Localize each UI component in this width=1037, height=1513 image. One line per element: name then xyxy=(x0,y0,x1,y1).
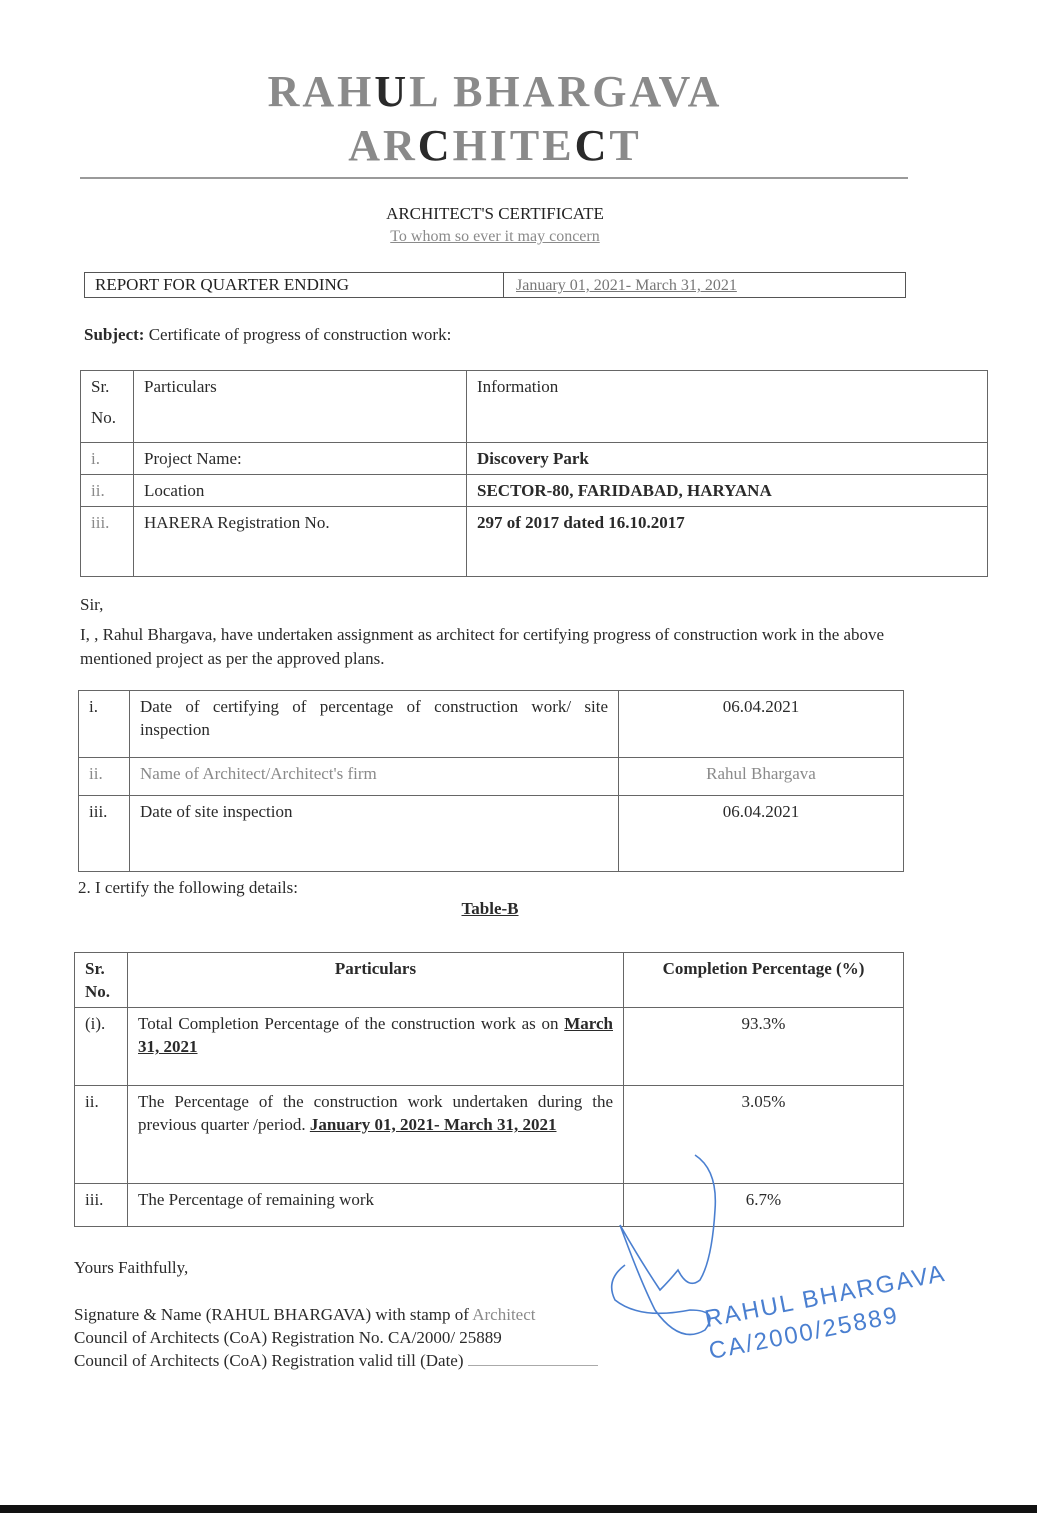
table-row: ii. The Percentage of the construction w… xyxy=(75,1086,904,1184)
table-b-title: Table-B xyxy=(0,899,980,919)
salutation: Sir, xyxy=(80,593,908,617)
subject-line: Subject: Certificate of progress of cons… xyxy=(84,325,451,345)
certify-line: 2. I certify the following details: xyxy=(78,876,906,900)
header-information: Information xyxy=(467,371,988,443)
completion-table: Sr.No. Particulars Completion Percentage… xyxy=(74,952,904,1227)
header-sr: Sr.No. xyxy=(75,953,128,1008)
quarter-value: January 01, 2021- March 31, 2021 xyxy=(504,273,737,297)
intro-paragraph: I, , Rahul Bhargava, have undertaken ass… xyxy=(80,623,908,671)
table-row: iii. HARERA Registration No. 297 of 2017… xyxy=(81,507,988,577)
page-bottom-edge xyxy=(0,1505,1037,1513)
certificate-subtitle: To whom so ever it may concern xyxy=(0,228,990,246)
letterhead-name: RAHUL BHARGAVA xyxy=(0,70,990,114)
header-particulars: Particulars xyxy=(128,953,624,1008)
header-sr: Sr.No. xyxy=(81,371,134,443)
table-row: i. Project Name: Discovery Park xyxy=(81,443,988,475)
header-completion: Completion Percentage (%) xyxy=(624,953,904,1008)
project-info-table: Sr.No. Particulars Information i. Projec… xyxy=(80,370,988,577)
table-row: (i). Total Completion Percentage of the … xyxy=(75,1008,904,1086)
certificate-title: ARCHITECT'S CERTIFICATE xyxy=(0,204,990,224)
table-row: i. Date of certifying of percentage of c… xyxy=(79,691,904,758)
quarter-label: REPORT FOR QUARTER ENDING xyxy=(85,273,504,297)
inspection-table: i. Date of certifying of percentage of c… xyxy=(78,690,904,872)
quarter-box: REPORT FOR QUARTER ENDING January 01, 20… xyxy=(84,272,906,298)
letterhead-divider xyxy=(80,177,908,179)
table-row: ii. Name of Architect/Architect's firm R… xyxy=(79,758,904,796)
table-row: ii. Location SECTOR-80, FARIDABAD, HARYA… xyxy=(81,475,988,507)
letterhead-title: ARCHITECT xyxy=(0,124,990,168)
closing-yours: Yours Faithfully, xyxy=(74,1256,902,1280)
table-row: iii. The Percentage of remaining work 6.… xyxy=(75,1184,904,1227)
table-row: iii. Date of site inspection 06.04.2021 xyxy=(79,796,904,872)
header-particulars: Particulars xyxy=(134,371,467,443)
